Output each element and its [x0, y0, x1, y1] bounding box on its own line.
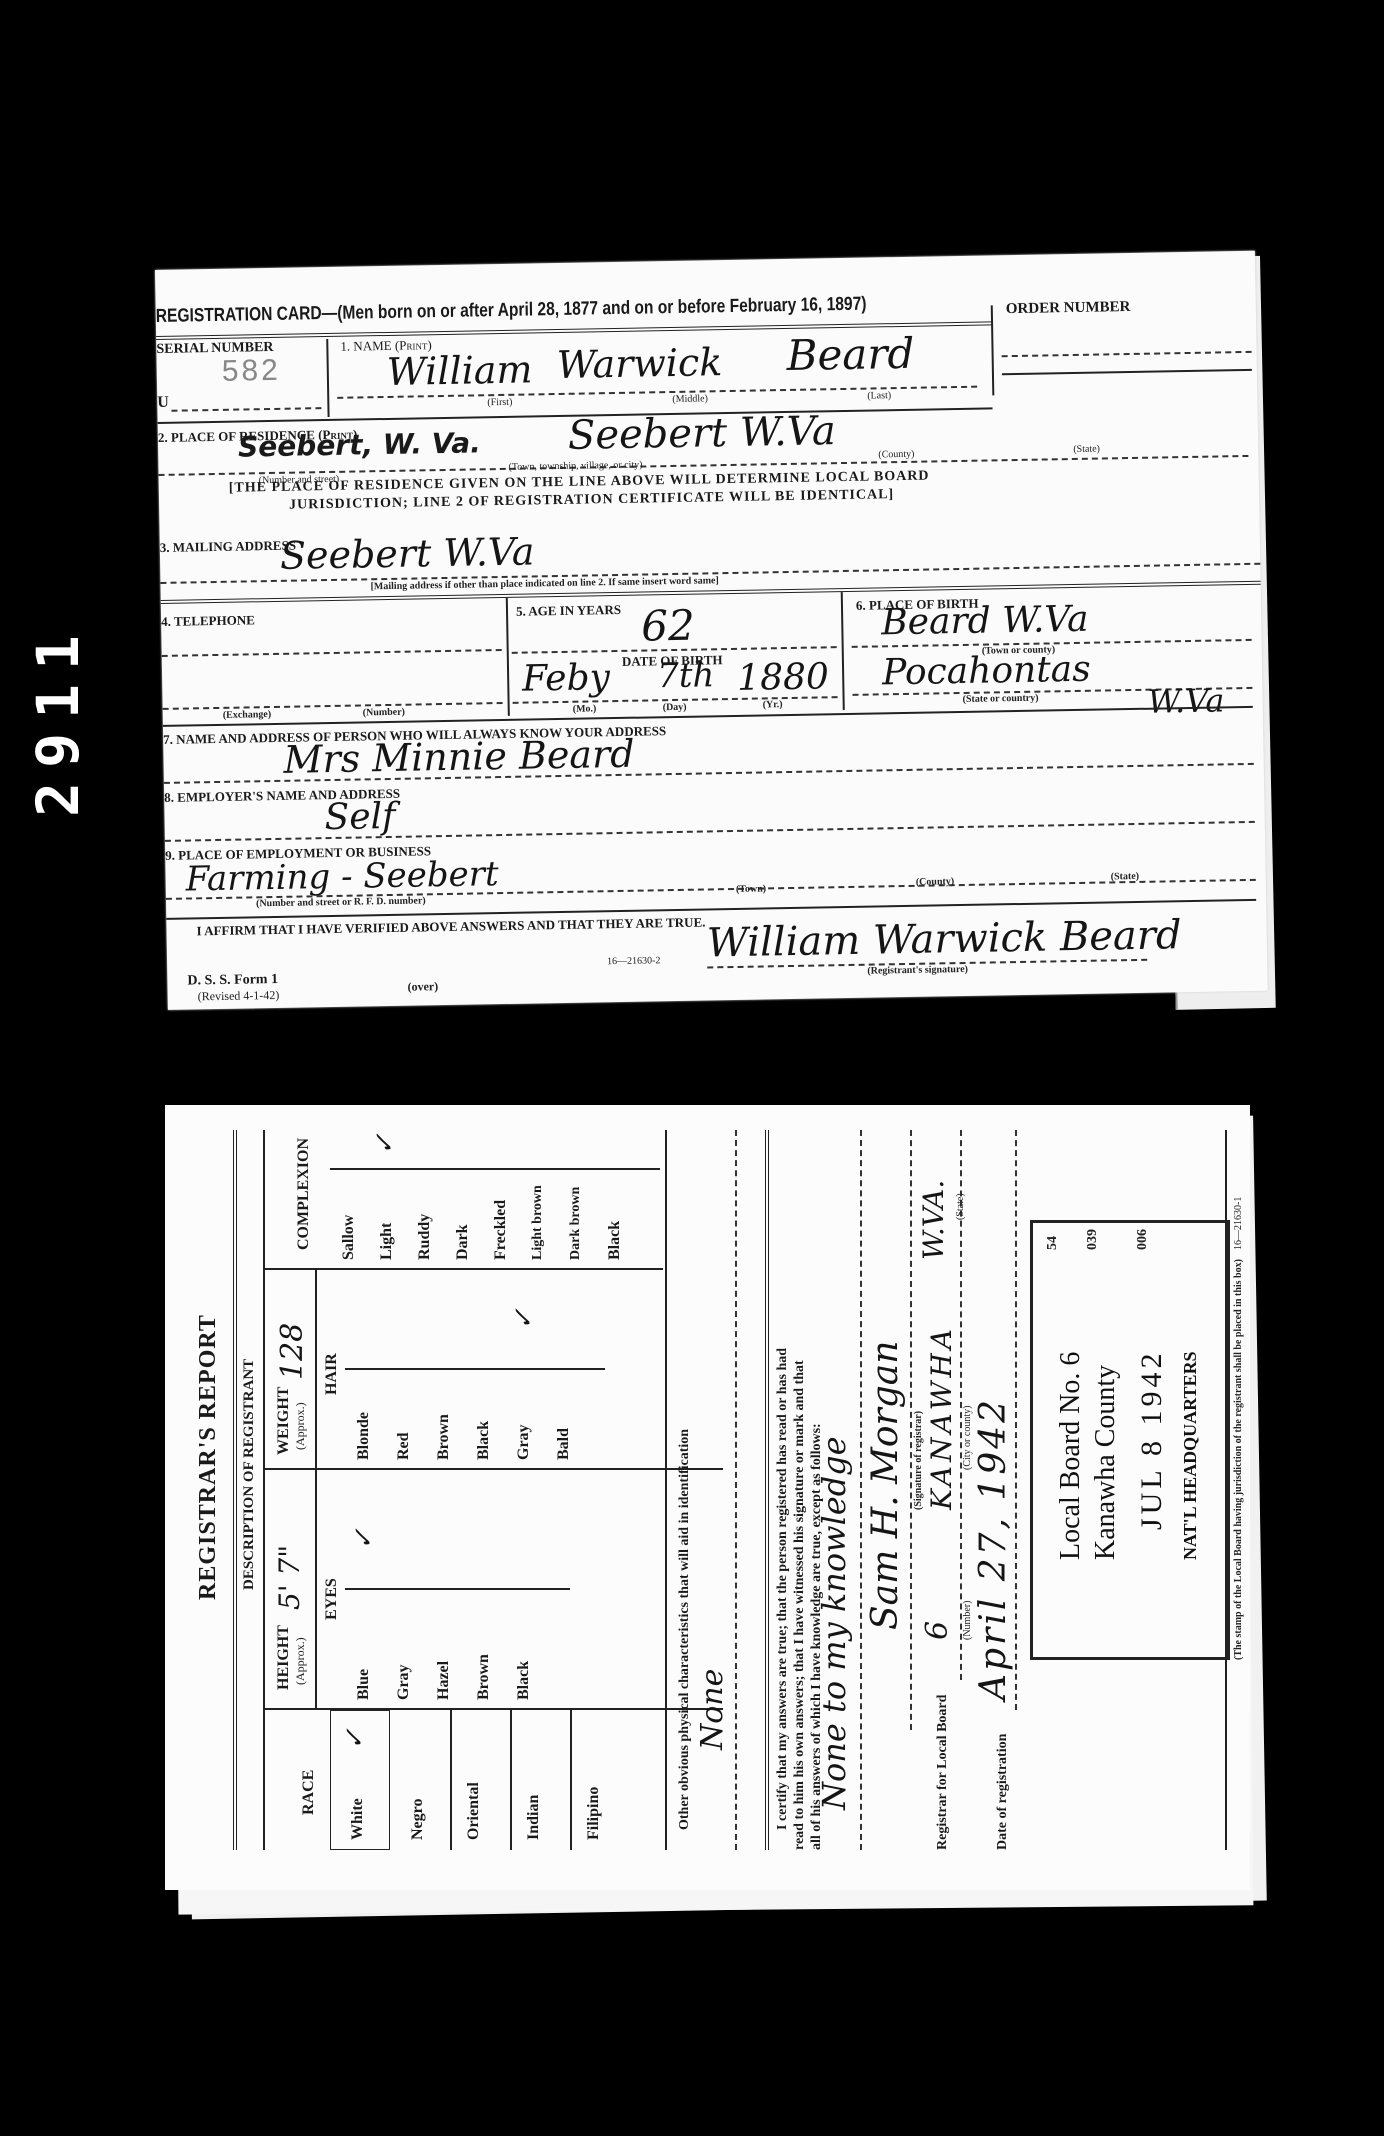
stamp-code-2: 039	[1085, 1229, 1101, 1250]
name-last-sublabel: (Last)	[867, 390, 891, 401]
residence-state-sublabel: (State)	[1073, 444, 1100, 455]
complexion-dark: Dark	[454, 1224, 472, 1260]
employment-state-sublabel: (State)	[1111, 871, 1140, 882]
dob-month: Feby	[522, 657, 610, 700]
dob-year: 1880	[737, 656, 829, 699]
weight-header: WEIGHT	[275, 1387, 293, 1455]
residence-handwritten: Seebert W.Va	[568, 408, 837, 459]
complexion-dark-brown: Dark brown	[568, 1187, 584, 1260]
name-last: Beard	[786, 329, 915, 380]
race-oriental: Oriental	[465, 1782, 483, 1840]
hair-brown: Brown	[435, 1414, 453, 1460]
certify-line-1: I certify that my answers are true; that…	[775, 1348, 791, 1830]
height-value: 5' 7"	[273, 1545, 306, 1610]
employment-town-sublabel: (Town)	[736, 883, 766, 895]
stamp-line-3: JUL 8 1942	[1135, 1349, 1169, 1530]
dob-day: 7th	[657, 655, 715, 696]
hair-gray: Gray	[515, 1424, 533, 1460]
affirmation-text: I AFFIRM THAT I HAVE VERIFIED ABOVE ANSW…	[196, 914, 705, 939]
film-frame-number: 2911	[30, 590, 140, 840]
report-print-code: 16—21630-1	[1233, 1197, 1244, 1250]
registrar-board-state: W.VA.	[917, 1180, 950, 1260]
stamp-line-2: Kanawha County	[1090, 1365, 1122, 1560]
registrar-board-county: KANAWHA	[925, 1325, 958, 1510]
board-county-sublabel: (City or county)	[962, 1406, 973, 1470]
registrar-board-number: 6	[920, 1621, 955, 1640]
residence-county-sublabel: (County)	[878, 449, 914, 461]
stamp-line-1: Local Board No. 6	[1055, 1352, 1087, 1560]
complexion-header: COMPLEXION	[295, 1138, 313, 1250]
weight-sub: (Approx.)	[293, 1402, 308, 1450]
eyes-blue-check: ✓	[349, 1528, 379, 1550]
hair-bald: Bald	[555, 1428, 573, 1460]
registrar-signature-sublabel: (Signature of registrar)	[913, 1411, 924, 1510]
race-filipino: Filipino	[585, 1787, 603, 1840]
residence-town-sublabel: (Town, township, village, or city)	[508, 460, 642, 473]
name-first-sublabel: (First)	[487, 397, 512, 408]
hair-black: Black	[475, 1421, 493, 1460]
order-number-field[interactable]	[1002, 351, 1252, 357]
report-title: REGISTRAR'S REPORT	[195, 1314, 222, 1600]
mailing-label: 3. MAILING ADDRESS	[160, 538, 296, 556]
dob-month-sublabel: (Mo.)	[573, 703, 597, 714]
name-first: William	[386, 347, 532, 394]
stamp-caption: (The stamp of the Local Board having jur…	[1233, 1259, 1244, 1660]
name-middle: Warwick	[556, 340, 722, 387]
hair-gray-check: ✓	[509, 1308, 539, 1330]
complexion-ruddy: Ruddy	[416, 1214, 434, 1260]
age-value: 62	[641, 601, 695, 651]
complexion-black: Black	[606, 1221, 624, 1260]
over-label: (over)	[407, 979, 438, 995]
residence-stamp: Seebert, W. Va.	[238, 426, 481, 463]
eyes-brown: Brown	[475, 1654, 493, 1700]
other-characteristics-value: None	[695, 1669, 730, 1750]
registrar-board-label: Registrar for Local Board	[935, 1695, 951, 1850]
complexion-light-brown: Light brown	[530, 1185, 546, 1260]
mailing-value: Seebert W.Va	[280, 529, 535, 577]
height-header: HEIGHT	[275, 1625, 293, 1690]
complexion-light-check: ✓	[370, 1133, 400, 1155]
birthplace-town: Beard W.Va	[881, 599, 1089, 644]
employment-county-sublabel: (County)	[916, 876, 955, 888]
board-number-sublabel: (Number)	[962, 1601, 973, 1640]
complexion-freckled: Freckled	[492, 1200, 510, 1260]
hair-red: Red	[395, 1432, 413, 1460]
race-white-check: ✓	[340, 1728, 370, 1750]
eyes-hazel: Hazel	[435, 1661, 453, 1700]
race-negro: Negro	[409, 1799, 427, 1840]
stamp-code-3: 006	[1135, 1229, 1151, 1250]
certify-exception: None to my knowledge	[815, 1436, 853, 1810]
complexion-sallow: Sallow	[340, 1215, 358, 1260]
birthplace-state-sublabel: (State or country)	[963, 693, 1039, 705]
complexion-light: Light	[378, 1223, 396, 1260]
other-characteristics-label: Other obvious physical characteristics t…	[677, 1429, 693, 1830]
eyes-gray: Gray	[395, 1664, 413, 1700]
dob-day-sublabel: (Day)	[663, 702, 687, 713]
telephone-exchange-sublabel: (Exchange)	[223, 709, 272, 721]
hair-blonde: Blonde	[355, 1412, 373, 1460]
dob-year-sublabel: (Yr.)	[763, 699, 783, 710]
registration-card-front: REGISTRATION CARD—(Men born on or after …	[155, 251, 1268, 1010]
signature-sublabel: (Registrant's signature)	[867, 964, 968, 977]
eyes-black: Black	[515, 1661, 533, 1700]
serial-number-value: 582	[221, 354, 281, 389]
card-title: REGISTRATION CARD—(Men born on or after …	[156, 294, 867, 328]
hair-header: HAIR	[323, 1353, 341, 1395]
registrar-signature: Sam H. Morgan	[865, 1341, 906, 1630]
race-indian: Indian	[525, 1795, 543, 1840]
registrars-report-card: REGISTRAR'S REPORT DESCRIPTION OF REGIST…	[165, 1130, 1250, 1890]
form-revised: (Revised 4-1-42)	[198, 988, 280, 1004]
telephone-field[interactable]	[162, 649, 502, 657]
weight-value: 128	[275, 1323, 310, 1380]
telephone-label: 4. TELEPHONE	[161, 612, 255, 630]
order-number-label: ORDER NUMBER	[1006, 299, 1131, 318]
registration-date-value: April 27, 1942	[973, 1397, 1014, 1700]
registrant-signature: William Warwick Beard	[706, 912, 1181, 966]
frame-number-text: 2911	[24, 621, 92, 817]
eyes-blue: Blue	[355, 1669, 373, 1700]
age-label: 5. AGE IN YEARS	[516, 602, 621, 620]
eyes-header: EYES	[323, 1578, 341, 1620]
race-white: White	[349, 1798, 367, 1840]
name-middle-sublabel: (Middle)	[672, 393, 708, 405]
print-code: 16—21630-2	[607, 955, 661, 967]
telephone-number-sublabel: (Number)	[363, 707, 405, 719]
registration-date-label: Date of registration	[995, 1734, 1011, 1850]
birthplace-state-extra: W.Va	[1147, 681, 1224, 720]
report-subtitle: DESCRIPTION OF REGISTRANT	[241, 1359, 258, 1590]
height-sub: (Approx.)	[293, 1637, 308, 1685]
employer-value: Self	[324, 796, 396, 838]
birthplace-state: Pocahontas	[882, 649, 1091, 694]
certify-line-2: read to him his own answers; that I have…	[792, 1360, 808, 1850]
stamp-line-4: NAT'L HEADQUARTERS	[1180, 1351, 1201, 1560]
board-state-sublabel: (State)	[955, 1193, 966, 1220]
employment-street-sublabel: (Number and street or R. F. D. number)	[256, 895, 426, 909]
form-id: D. S. S. Form 1	[187, 972, 278, 990]
serial-prefix: U	[157, 394, 169, 412]
race-header: RACE	[300, 1770, 318, 1815]
stamp-code-1: 54	[1045, 1236, 1061, 1250]
